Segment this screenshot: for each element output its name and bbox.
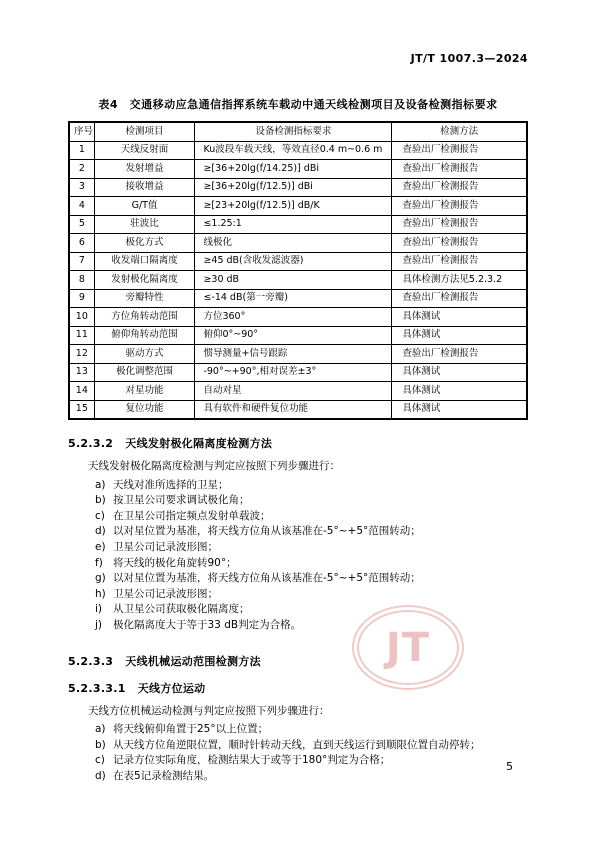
step-list: a)天线对准所选择的卫星；b)按卫星公司要求调试极化角；c)在卫星公司指定频点发…	[68, 478, 528, 634]
table-cell: 具有软件和硬件复位功能	[195, 400, 392, 419]
step-item: a)将天线俯仰角置于25°以上位置；	[68, 722, 528, 738]
table-cell: 1	[69, 141, 94, 160]
table-cell: -90°~+90°,相对误差±3°	[195, 363, 392, 382]
step-label: d)	[95, 524, 113, 540]
table-cell: 具体测试	[392, 382, 527, 401]
section-heading-5.2.3.3: 5.2.3.3天线机械运动范围检测方法	[68, 653, 528, 669]
table-cell: 11	[69, 326, 94, 345]
section-heading-5.2.3.3.1: 5.2.3.3.1天线方位运动	[68, 680, 528, 696]
table-cell: ≥45 dB(含收发滤波器)	[195, 252, 392, 271]
table-cell: 具体测试	[392, 363, 527, 382]
page-content: JT/T 1007.3—2024 表4 交通移动应急通信指挥系统车载动中通天线检…	[68, 0, 528, 785]
table-cell: 5	[69, 215, 94, 234]
step-text: 将天线俯仰角置于25°以上位置；	[113, 722, 528, 738]
standard-number-header: JT/T 1007.3—2024	[68, 52, 528, 65]
table-cell: 查验出厂检测报告	[392, 160, 527, 179]
table-cell: 具体测试	[392, 400, 527, 419]
table-cell: 查验出厂检测报告	[392, 215, 527, 234]
document-page: JT JT/T 1007.3—2024 表4 交通移动应急通信指挥系统车载动中通…	[0, 0, 596, 842]
step-item: b)按卫星公司要求调试极化角；	[68, 493, 528, 509]
table-caption: 表4 交通移动应急通信指挥系统车载动中通天线检测项目及设备检测指标要求	[68, 96, 528, 112]
step-item: c)记录方位实际角度，检测结果大于或等于180°判定为合格；	[68, 753, 528, 769]
step-label: b)	[95, 738, 113, 754]
table-cell: ≤-14 dB(第一旁瓣)	[195, 289, 392, 308]
step-item: c)在卫星公司指定频点发射单载波；	[68, 509, 528, 525]
table-cell: Ku波段车载天线，等效直径0.4 m~0.6 m	[195, 141, 392, 160]
section-heading-5.2.3.2: 5.2.3.2天线发射极化隔离度检测方法	[68, 435, 528, 451]
step-label: d)	[95, 769, 113, 785]
table-row: 11俯仰角转动范围俯仰0°~90°具体测试	[69, 326, 527, 345]
section-intro: 天线发射极化隔离度检测与判定应按照下列步骤进行：	[68, 459, 528, 475]
step-text: 卫星公司记录波形图；	[113, 540, 528, 556]
table-cell: 15	[69, 400, 94, 419]
table-cell: ≥[36+20lg(f/14.25)] dBi	[195, 160, 392, 179]
step-text: 在表5记录检测结果。	[113, 769, 528, 785]
table-cell: 查验出厂检测报告	[392, 234, 527, 253]
table-row: 4G/T值≥[23+20lg(f/12.5)] dB/K查验出厂检测报告	[69, 197, 527, 216]
section-number: 5.2.3.3	[68, 655, 113, 668]
table-body: 1天线反射面Ku波段车载天线，等效直径0.4 m~0.6 m查验出厂检测报告2发…	[69, 141, 527, 419]
table-cell: 查验出厂检测报告	[392, 197, 527, 216]
table-cell: 惯导测量+信号跟踪	[195, 345, 392, 364]
table-cell: 发射增益	[94, 160, 195, 179]
step-item: h)卫星公司记录波形图；	[68, 587, 528, 603]
step-text: 将天线的极化角旋转90°；	[113, 556, 528, 572]
table-cell: 极化方式	[94, 234, 195, 253]
table-cell: 收发端口隔离度	[94, 252, 195, 271]
table-cell: 查验出厂检测报告	[392, 252, 527, 271]
table-cell: 3	[69, 178, 94, 197]
table-cell: 对星功能	[94, 382, 195, 401]
step-item: i)从卫星公司获取极化隔离度；	[68, 602, 528, 618]
step-label: j)	[95, 618, 113, 634]
step-label: a)	[95, 722, 113, 738]
step-item: e)卫星公司记录波形图；	[68, 540, 528, 556]
step-text: 以对星位置为基准，将天线方位角从该基准在-5°~+5°范围转动；	[113, 571, 528, 587]
table-header-cell: 检测项目	[94, 122, 195, 141]
section-title: 天线发射极化隔离度检测方法	[125, 437, 272, 450]
table-cell: 极化调整范围	[94, 363, 195, 382]
table-cell: 俯仰0°~90°	[195, 326, 392, 345]
step-item: d)以对星位置为基准，将天线方位角从该基准在-5°~+5°范围转动；	[68, 524, 528, 540]
table-cell: 7	[69, 252, 94, 271]
section-number: 5.2.3.2	[68, 437, 113, 450]
table-header-cell: 设备检测指标要求	[195, 122, 392, 141]
table-cell: 13	[69, 363, 94, 382]
step-item: d)在表5记录检测结果。	[68, 769, 528, 785]
step-item: a)天线对准所选择的卫星；	[68, 478, 528, 494]
table-cell: 查验出厂检测报告	[392, 289, 527, 308]
table-row: 12驱动方式惯导测量+信号跟踪查验出厂检测报告	[69, 345, 527, 364]
inspection-requirements-table: 序号检测项目设备检测指标要求检测方法 1天线反射面Ku波段车载天线，等效直径0.…	[68, 121, 528, 420]
table-cell: 查验出厂检测报告	[392, 141, 527, 160]
table-header-cell: 序号	[69, 122, 94, 141]
step-text: 从天线方位角逆限位置，顺时针转动天线，直到天线运行到顺限位置自动停转；	[113, 738, 528, 754]
step-text: 天线对准所选择的卫星；	[113, 478, 528, 494]
table-row: 10方位角转动范围方位360°具体测试	[69, 308, 527, 327]
table-cell: 旁瓣特性	[94, 289, 195, 308]
step-label: c)	[95, 753, 113, 769]
step-label: f)	[95, 556, 113, 572]
step-text: 从卫星公司获取极化隔离度；	[113, 602, 528, 618]
step-label: i)	[95, 602, 113, 618]
table-row: 3接收增益≥[36+20lg(f/12.5)] dBi查验出厂检测报告	[69, 178, 527, 197]
step-text: 记录方位实际角度，检测结果大于或等于180°判定为合格；	[113, 753, 528, 769]
table-cell: 查验出厂检测报告	[392, 345, 527, 364]
table-cell: 具体测试	[392, 308, 527, 327]
step-text: 按卫星公司要求调试极化角；	[113, 493, 528, 509]
table-cell: 方位角转动范围	[94, 308, 195, 327]
table-header-row: 序号检测项目设备检测指标要求检测方法	[69, 122, 527, 141]
table-cell: 复位功能	[94, 400, 195, 419]
table-cell: G/T值	[94, 197, 195, 216]
table-cell: ≥30 dB	[195, 271, 392, 290]
table-cell: 自动对星	[195, 382, 392, 401]
table-row: 9旁瓣特性≤-14 dB(第一旁瓣)查验出厂检测报告	[69, 289, 527, 308]
table-cell: 查验出厂检测报告	[392, 178, 527, 197]
table-cell: ≥[23+20lg(f/12.5)] dB/K	[195, 197, 392, 216]
table-cell: 驻波比	[94, 215, 195, 234]
table-row: 13极化调整范围-90°~+90°,相对误差±3°具体测试	[69, 363, 527, 382]
table-cell: 驱动方式	[94, 345, 195, 364]
table-cell: 9	[69, 289, 94, 308]
table-cell: 6	[69, 234, 94, 253]
table-row: 2发射增益≥[36+20lg(f/14.25)] dBi查验出厂检测报告	[69, 160, 527, 179]
step-item: f)将天线的极化角旋转90°；	[68, 556, 528, 572]
table-row: 7收发端口隔离度≥45 dB(含收发滤波器)查验出厂检测报告	[69, 252, 527, 271]
table-cell: 具体检测方法见5.2.3.2	[392, 271, 527, 290]
table-row: 8发射极化隔离度≥30 dB具体检测方法见5.2.3.2	[69, 271, 527, 290]
table-header-cell: 检测方法	[392, 122, 527, 141]
table-cell: 10	[69, 308, 94, 327]
table-cell: 4	[69, 197, 94, 216]
step-label: h)	[95, 587, 113, 603]
step-text: 以对星位置为基准，将天线方位角从该基准在-5°~+5°范围转动；	[113, 524, 528, 540]
table-cell: ≥[36+20lg(f/12.5)] dBi	[195, 178, 392, 197]
table-cell: 发射极化隔离度	[94, 271, 195, 290]
section-number: 5.2.3.3.1	[68, 682, 126, 695]
table-row: 14对星功能自动对星具体测试	[69, 382, 527, 401]
table-cell: 14	[69, 382, 94, 401]
step-label: b)	[95, 493, 113, 509]
table-row: 5驻波比≤1.25:1查验出厂检测报告	[69, 215, 527, 234]
table-cell: 具体测试	[392, 326, 527, 345]
step-label: c)	[95, 509, 113, 525]
page-number: 5	[506, 760, 513, 773]
step-item: b)从天线方位角逆限位置，顺时针转动天线，直到天线运行到顺限位置自动停转；	[68, 738, 528, 754]
step-label: e)	[95, 540, 113, 556]
table-cell: 8	[69, 271, 94, 290]
table-cell: 俯仰角转动范围	[94, 326, 195, 345]
section-intro: 天线方位机械运动检测与判定应按照下列步骤进行：	[68, 704, 528, 720]
table-cell: 天线反射面	[94, 141, 195, 160]
step-item: j)极化隔离度大于等于33 dB判定为合格。	[68, 618, 528, 634]
sections-container: 5.2.3.2天线发射极化隔离度检测方法天线发射极化隔离度检测与判定应按照下列步…	[68, 435, 528, 785]
table-cell: ≤1.25:1	[195, 215, 392, 234]
step-label: g)	[95, 571, 113, 587]
step-item: g)以对星位置为基准，将天线方位角从该基准在-5°~+5°范围转动；	[68, 571, 528, 587]
step-text: 卫星公司记录波形图；	[113, 587, 528, 603]
table-cell: 线极化	[195, 234, 392, 253]
table-cell: 方位360°	[195, 308, 392, 327]
step-text: 极化隔离度大于等于33 dB判定为合格。	[113, 618, 528, 634]
table-cell: 2	[69, 160, 94, 179]
step-label: a)	[95, 478, 113, 494]
table-cell: 接收增益	[94, 178, 195, 197]
section-title: 天线方位运动	[138, 682, 206, 695]
table-row: 15复位功能具有软件和硬件复位功能具体测试	[69, 400, 527, 419]
step-text: 在卫星公司指定频点发射单载波；	[113, 509, 528, 525]
table-row: 6极化方式线极化查验出厂检测报告	[69, 234, 527, 253]
table-row: 1天线反射面Ku波段车载天线，等效直径0.4 m~0.6 m查验出厂检测报告	[69, 141, 527, 160]
section-title: 天线机械运动范围检测方法	[125, 655, 261, 668]
table-cell: 12	[69, 345, 94, 364]
step-list: a)将天线俯仰角置于25°以上位置；b)从天线方位角逆限位置，顺时针转动天线，直…	[68, 722, 528, 784]
